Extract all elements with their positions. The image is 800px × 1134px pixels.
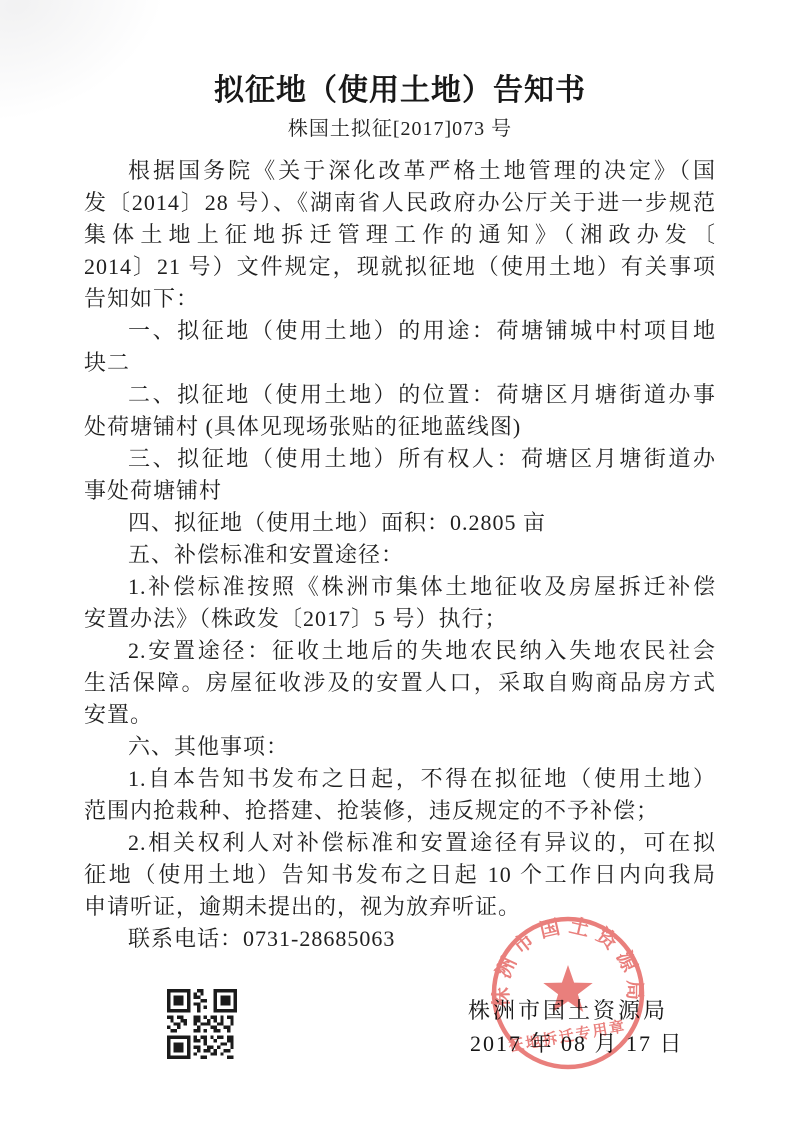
body-line: 2.相关权利人对补偿标准和安置途径有异议的，可在拟: [84, 827, 716, 859]
qr-code-image: [167, 989, 237, 1059]
seal-banner-text: 征地拆迁专用章: [506, 1017, 627, 1056]
qr-modules: [167, 989, 237, 1059]
body-line: 2.安置途径：征收土地后的失地农民纳入失地农民社会: [84, 635, 716, 667]
body-line: 发〔2014〕28 号）、《湖南省人民政府办公厅关于进一步规范: [84, 187, 716, 219]
seal-star-icon: [543, 965, 592, 1012]
body-line: 2014〕21 号）文件规定，现就拟征地（使用土地）有关事项: [84, 251, 716, 283]
body-line: 集体土地上征地拆迁管理工作的通知》（湘政办发〔: [84, 219, 716, 251]
body-line: 六、其他事项：: [84, 731, 716, 763]
body-line: 四、拟征地（使用土地）面积：0.2805 亩: [84, 507, 716, 539]
official-seal-stamp: 株洲市国土资源局 征地拆迁专用章: [488, 913, 648, 1073]
body-line: 安置。: [84, 699, 716, 731]
body-line: 1.自本告知书发布之日起，不得在拟征地（使用土地）: [84, 763, 716, 795]
body-line: 块二: [84, 347, 716, 379]
body-line: 处荷塘铺村 (具体见现场张贴的征地蓝线图): [84, 411, 716, 443]
body-line: 告知如下：: [84, 283, 716, 315]
page-title: 拟征地（使用土地）告知书: [84, 70, 716, 112]
body-line: 三、拟征地（使用土地）所有权人：荷塘区月塘街道办: [84, 443, 716, 475]
notice-body: 根据国务院《关于深化改革严格土地管理的决定》（国 发〔2014〕28 号）、《湖…: [84, 155, 716, 955]
body-line: 1.补偿标准按照《株洲市集体土地征收及房屋拆迁补偿: [84, 571, 716, 603]
document-page: 拟征地（使用土地）告知书 株国土拟征[2017]073 号 根据国务院《关于深化…: [0, 0, 800, 1134]
body-line: 范围内抢栽种、抢搭建、抢装修，违反规定的不予补偿；: [84, 795, 716, 827]
body-line: 一、拟征地（使用土地）的用途：荷塘铺城中村项目地: [84, 315, 716, 347]
body-line: 征地（使用土地）告知书发布之日起 10 个工作日内向我局: [84, 859, 716, 891]
notice-content: 拟征地（使用土地）告知书 株国土拟征[2017]073 号 根据国务院《关于深化…: [84, 70, 716, 955]
document-number: 株国土拟征[2017]073 号: [84, 112, 716, 146]
body-line: 安置办法》（株政发〔2017〕5 号）执行；: [84, 603, 716, 635]
body-line: 生活保障。房屋征收涉及的安置人口，采取自购商品房方式: [84, 667, 716, 699]
body-line: 事处荷塘铺村: [84, 475, 716, 507]
body-line: 二、拟征地（使用土地）的位置：荷塘区月塘街道办事: [84, 379, 716, 411]
body-line: 五、补偿标准和安置途径：: [84, 539, 716, 571]
body-line: 根据国务院《关于深化改革严格土地管理的决定》（国: [84, 155, 716, 187]
